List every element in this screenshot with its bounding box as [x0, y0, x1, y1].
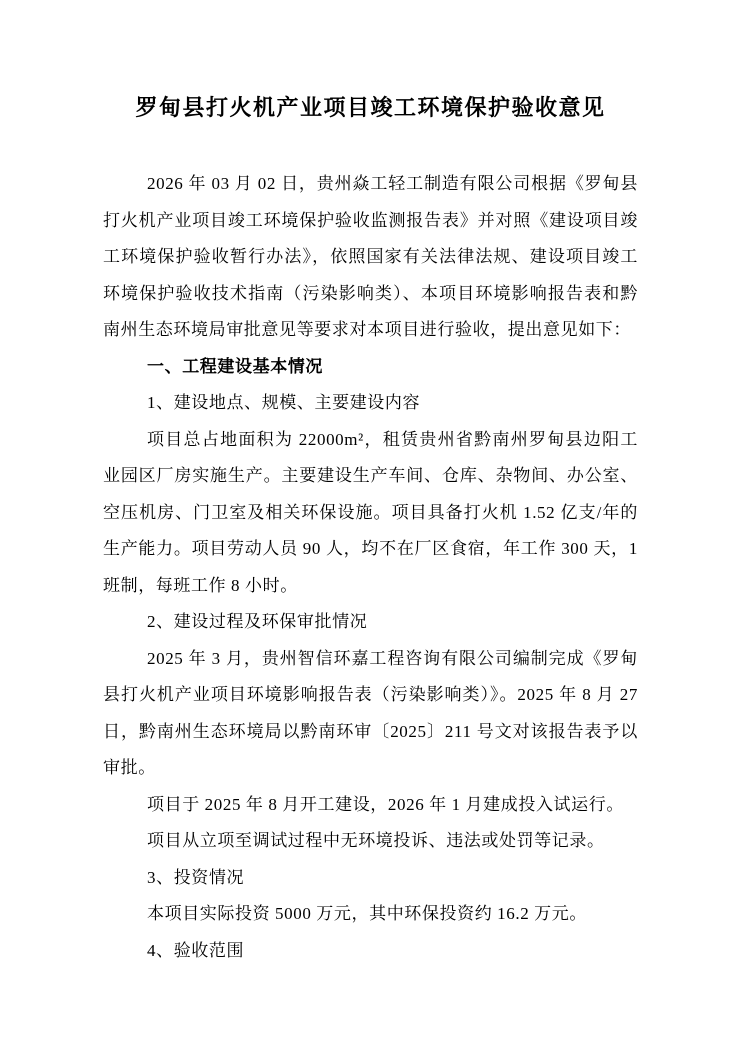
paragraph-item-1-title: 1、建设地点、规模、主要建设内容	[103, 385, 638, 422]
paragraph-approval-history: 2025 年 3 月，贵州智信环嘉工程咨询有限公司编制完成《罗甸县打火机产业项目…	[103, 641, 638, 787]
heading-section-1: 一、工程建设基本情况	[103, 349, 638, 386]
document-page: 罗甸县打火机产业项目竣工环境保护验收意见 2026 年 03 月 02 日，贵州…	[0, 0, 740, 1046]
paragraph-item-3-title: 3、投资情况	[103, 860, 638, 897]
document-body: 2026 年 03 月 02 日，贵州焱工轻工制造有限公司根据《罗甸县打火机产业…	[103, 166, 638, 969]
paragraph-no-violations: 项目从立项至调试过程中无环境投诉、违法或处罚等记录。	[103, 823, 638, 860]
paragraph-item-2-title: 2、建设过程及环保审批情况	[103, 604, 638, 641]
paragraph-construction-content: 项目总占地面积为 22000m²，租赁贵州省黔南州罗甸县边阳工业园区厂房实施生产…	[103, 422, 638, 605]
document-title: 罗甸县打火机产业项目竣工环境保护验收意见	[103, 88, 638, 128]
paragraph-item-4-title: 4、验收范围	[103, 933, 638, 970]
paragraph-investment: 本项目实际投资 5000 万元，其中环保投资约 16.2 万元。	[103, 896, 638, 933]
paragraph-intro: 2026 年 03 月 02 日，贵州焱工轻工制造有限公司根据《罗甸县打火机产业…	[103, 166, 638, 349]
paragraph-construction-schedule: 项目于 2025 年 8 月开工建设，2026 年 1 月建成投入试运行。	[103, 787, 638, 824]
